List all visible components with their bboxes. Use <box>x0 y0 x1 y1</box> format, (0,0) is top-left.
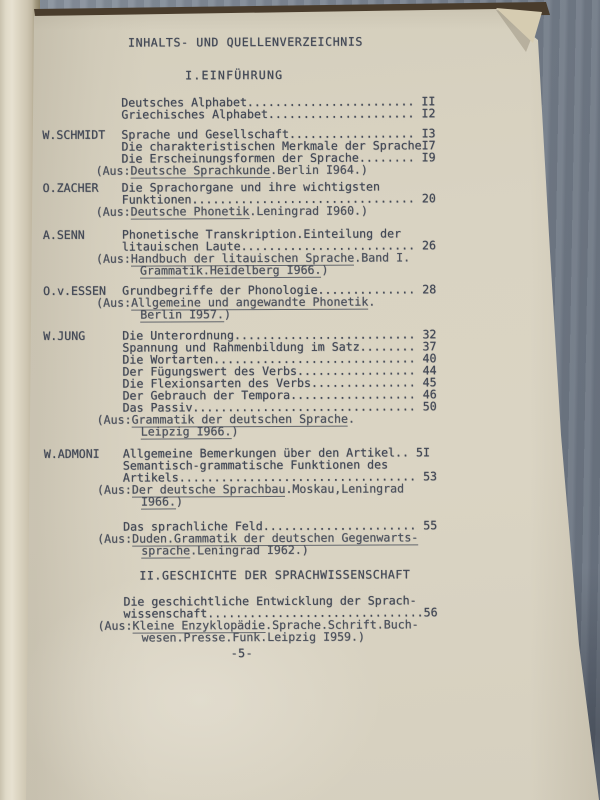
section-heading-history: II.GESCHICHTE DER SPRACHWISSENSCHAFT <box>139 568 410 581</box>
source-line: Grammatik.Heidelberg I966.) <box>140 263 523 277</box>
toc-block-jung: W.JUNGDie Unterordnung..................… <box>43 328 523 438</box>
author-label: W.JUNG <box>43 330 85 342</box>
typewritten-text: INHALTS- UND QUELLENVERZEICHNIS I.EINFÜH… <box>0 0 600 800</box>
source-line: (Aus:Deutsche Phonetik.Leningrad I960.) <box>96 204 523 218</box>
section-heading-introduction: I.EINFÜHRUNG <box>185 69 283 81</box>
toc-line: Griechisches Alphabet...................… <box>121 107 522 121</box>
toc-block-zacher: O.ZACHERDie Sprachorgane und ihre wichti… <box>43 180 523 218</box>
page-number: -5- <box>231 647 254 659</box>
author-label: W.ADMONI <box>44 448 100 460</box>
toc-block-essen: O.v.ESSENGrundbegriffe der Phonologie...… <box>43 283 523 321</box>
author-label: W.SCHMIDT <box>42 129 105 141</box>
toc-block-senn: A.SENNPhonetische Transkription.Einteilu… <box>43 227 523 277</box>
toc-block-alphabets: Deutsches Alphabet......................… <box>42 95 522 121</box>
source-line: sprache.Leningrad I962.) <box>141 543 524 557</box>
toc-block-schmidt: W.SCHMIDTSprache und Gesellschaft.......… <box>42 127 522 177</box>
source-line: I966.) <box>141 494 524 508</box>
toc-block-geschichte: Die geschichtliche Entwicklung der Sprac… <box>44 594 524 644</box>
book-page-photo: INHALTS- UND QUELLENVERZEICHNIS I.EINFÜH… <box>0 0 600 800</box>
toc-block-admoni: W.ADMONIAllgemeine Bemerkungen über den … <box>44 446 524 508</box>
author-label: O.ZACHER <box>43 182 99 194</box>
page-title: INHALTS- UND QUELLENVERZEICHNIS <box>128 36 363 49</box>
source-line: (Aus:Deutsche Sprachkunde.Berlin I964.) <box>96 163 523 177</box>
source-line: wesen.Presse.Funk.Leipzig I959.) <box>142 630 525 644</box>
toc-block-feld: Das sprachliche Feld....................… <box>44 519 524 557</box>
source-line: Leipzig I966.) <box>141 424 524 438</box>
author-label: A.SENN <box>43 229 85 241</box>
source-line: Berlin I957.) <box>140 307 523 321</box>
